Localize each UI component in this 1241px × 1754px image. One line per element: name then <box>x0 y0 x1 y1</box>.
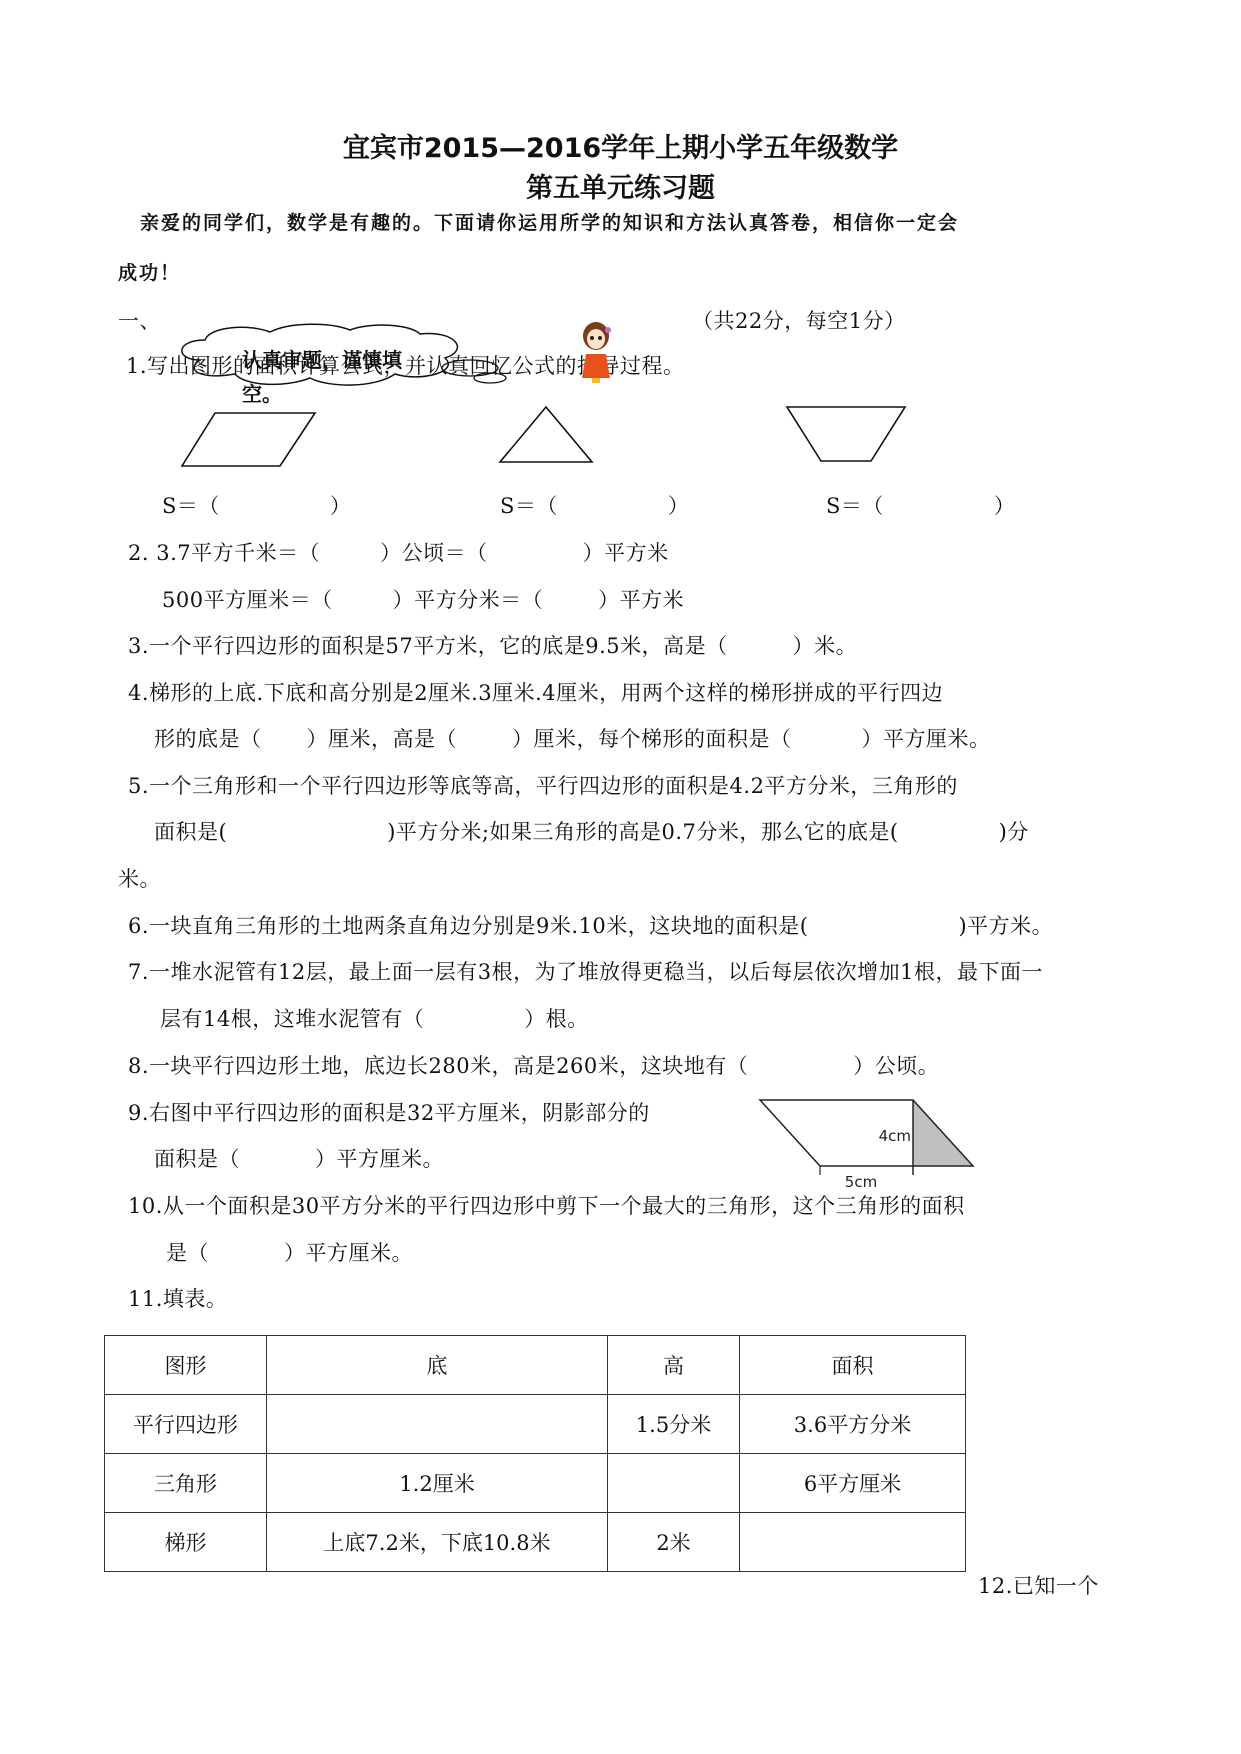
triangle-shape <box>496 404 596 466</box>
q4-part: ）厘米，每个梯形的面积是（ <box>512 727 792 751</box>
table-header: 面积 <box>740 1336 966 1395</box>
fill-table: 图形 底 高 面积 平行四边形 1.5分米 3.6平方分米 三角形 1.2厘米 … <box>104 1335 966 1572</box>
q7-part: ）根。 <box>524 1007 589 1031</box>
table-header: 底 <box>267 1336 608 1395</box>
base-label: 5cm <box>845 1173 877 1191</box>
q3: 3.一个平行四边形的面积是57平方米，它的底是9.5米，高是（）米。 <box>128 630 857 660</box>
table-cell: 三角形 <box>105 1454 267 1513</box>
q10-line1: 10.从一个面积是30平方分米的平行四边形中剪下一个最大的三角形，这个三角形的面… <box>128 1190 965 1220</box>
formula-close: ） <box>330 494 352 518</box>
formula-label: S＝（ <box>500 494 558 518</box>
q12-text: 12.已知一个 <box>978 1570 1099 1600</box>
section-number: 一、 <box>118 305 161 335</box>
table-cell-blank[interactable] <box>740 1513 966 1572</box>
table-header: 图形 <box>105 1336 267 1395</box>
q2-part: ）公顷＝（ <box>380 541 488 565</box>
q1-formula-parallelogram: S＝（） <box>162 490 351 520</box>
table-header: 高 <box>608 1336 740 1395</box>
q4-part: ）厘米，高是（ <box>307 727 458 751</box>
q8-part: 8.一块平行四边形土地，底边长280米，高是260米，这块地有（ <box>128 1054 748 1078</box>
document-subtitle: 第五单元练习题 <box>0 166 1241 205</box>
q5-line2: 面积是()平方分米;如果三角形的高是0.7分米，那么它的底是()分 <box>154 816 1029 846</box>
q1-formula-trapezoid: S＝（） <box>826 490 1015 520</box>
document-title: 宜宾市2015—2016学年上期小学五年级数学 <box>0 126 1241 165</box>
q9-line1: 9.右图中平行四边形的面积是32平方厘米，阴影部分的 <box>128 1097 650 1127</box>
q4-line2: 形的底是（）厘米，高是（）厘米，每个梯形的面积是（）平方厘米。 <box>154 723 991 753</box>
q6: 6.一块直角三角形的土地两条直角边分别是9米.10米，这块地的面积是()平方米。 <box>128 910 1053 940</box>
table-cell: 6平方厘米 <box>740 1454 966 1513</box>
table-cell-blank[interactable] <box>267 1395 608 1454</box>
cloud-text-line2: 空。 <box>242 378 282 407</box>
q10-line2: 是（）平方厘米。 <box>166 1237 413 1267</box>
q8: 8.一块平行四边形土地，底边长280米，高是260米，这块地有（）公顷。 <box>128 1050 939 1080</box>
table-row: 平行四边形 1.5分米 3.6平方分米 <box>105 1395 966 1454</box>
q8-part: ）公顷。 <box>853 1054 939 1078</box>
height-label: 4cm <box>879 1127 911 1145</box>
table-cell: 1.2厘米 <box>267 1454 608 1513</box>
cartoon-girl-icon <box>578 320 614 384</box>
q1-formula-triangle: S＝（） <box>500 490 689 520</box>
formula-close: ） <box>994 494 1016 518</box>
cloud-text-line1: 认真审题，谨慎填 <box>242 344 402 373</box>
q11-label: 11.填表。 <box>128 1283 227 1313</box>
formula-close: ） <box>668 494 690 518</box>
q7-line2: 层有14根，这堆水泥管有（）根。 <box>160 1003 589 1033</box>
q5-part: 面积是( <box>154 820 227 844</box>
table-row: 三角形 1.2厘米 6平方厘米 <box>105 1454 966 1513</box>
q3-part: ）米。 <box>793 634 858 658</box>
q2-part: ）平方米 <box>583 541 669 565</box>
q2-part: ）平方米 <box>598 588 684 612</box>
table-cell: 1.5分米 <box>608 1395 740 1454</box>
table-cell: 上底7.2米，下底10.8米 <box>267 1513 608 1572</box>
table-cell: 平行四边形 <box>105 1395 267 1454</box>
q9-line2: 面积是（）平方厘米。 <box>154 1143 444 1173</box>
table-row: 梯形 上底7.2米，下底10.8米 2米 <box>105 1513 966 1572</box>
q3-part: 3.一个平行四边形的面积是57平方米，它的底是9.5米，高是（ <box>128 634 728 658</box>
q2-part: 500平方厘米＝（ <box>162 588 333 612</box>
table-header-row: 图形 底 高 面积 <box>105 1336 966 1395</box>
q2-part: 2. 3.7平方千米＝（ <box>128 541 320 565</box>
q2-part: ）平方分米＝（ <box>393 588 544 612</box>
table-cell: 梯形 <box>105 1513 267 1572</box>
q10-part: 是（ <box>166 1241 209 1265</box>
q4-part: ）平方厘米。 <box>862 727 991 751</box>
q2-line1: 2. 3.7平方千米＝（）公顷＝（）平方米 <box>128 537 669 567</box>
q7-line1: 7.一堆水泥管有12层，最上面一层有3根，为了堆放得更稳当，以后每层依次增加1根… <box>128 956 1043 986</box>
q5-line1: 5.一个三角形和一个平行四边形等底等高，平行四边形的面积是4.2平方分米，三角形… <box>128 770 958 800</box>
q9-part: ）平方厘米。 <box>315 1147 444 1171</box>
table-cell: 3.6平方分米 <box>740 1395 966 1454</box>
q10-part: ）平方厘米。 <box>284 1241 413 1265</box>
formula-label: S＝（ <box>826 494 884 518</box>
q9-part: 面积是（ <box>154 1147 240 1171</box>
section-score-note: （共22分，每空1分） <box>692 305 906 335</box>
q2-line2: 500平方厘米＝（）平方分米＝（）平方米 <box>162 584 684 614</box>
q4-line1: 4.梯形的上底.下底和高分别是2厘米.3厘米.4厘米，用两个这样的梯形拼成的平行… <box>128 677 943 707</box>
q7-part: 层有14根，这堆水泥管有（ <box>160 1007 424 1031</box>
intro-text-line1: 亲爱的同学们，数学是有趣的。下面请你运用所学的知识和方法认真答卷，相信你一定会 <box>140 208 959 235</box>
formula-label: S＝（ <box>162 494 220 518</box>
q4-part: 形的底是（ <box>154 727 262 751</box>
q6-part: )平方米。 <box>958 914 1053 938</box>
q5-line3: 米。 <box>118 863 161 893</box>
table-cell: 2米 <box>608 1513 740 1572</box>
trapezoid-shape <box>784 404 908 466</box>
q5-part: )平方分米;如果三角形的高是0.7分米，那么它的底是( <box>387 820 898 844</box>
q5-part: )分 <box>999 820 1029 844</box>
q6-part: 6.一块直角三角形的土地两条直角边分别是9米.10米，这块地的面积是( <box>128 914 808 938</box>
parallelogram-shape <box>178 410 323 470</box>
table-cell-blank[interactable] <box>608 1454 740 1513</box>
intro-text-line2: 成功！ <box>118 258 181 285</box>
q9-parallelogram-figure: 4cm 5cm <box>755 1095 980 1195</box>
